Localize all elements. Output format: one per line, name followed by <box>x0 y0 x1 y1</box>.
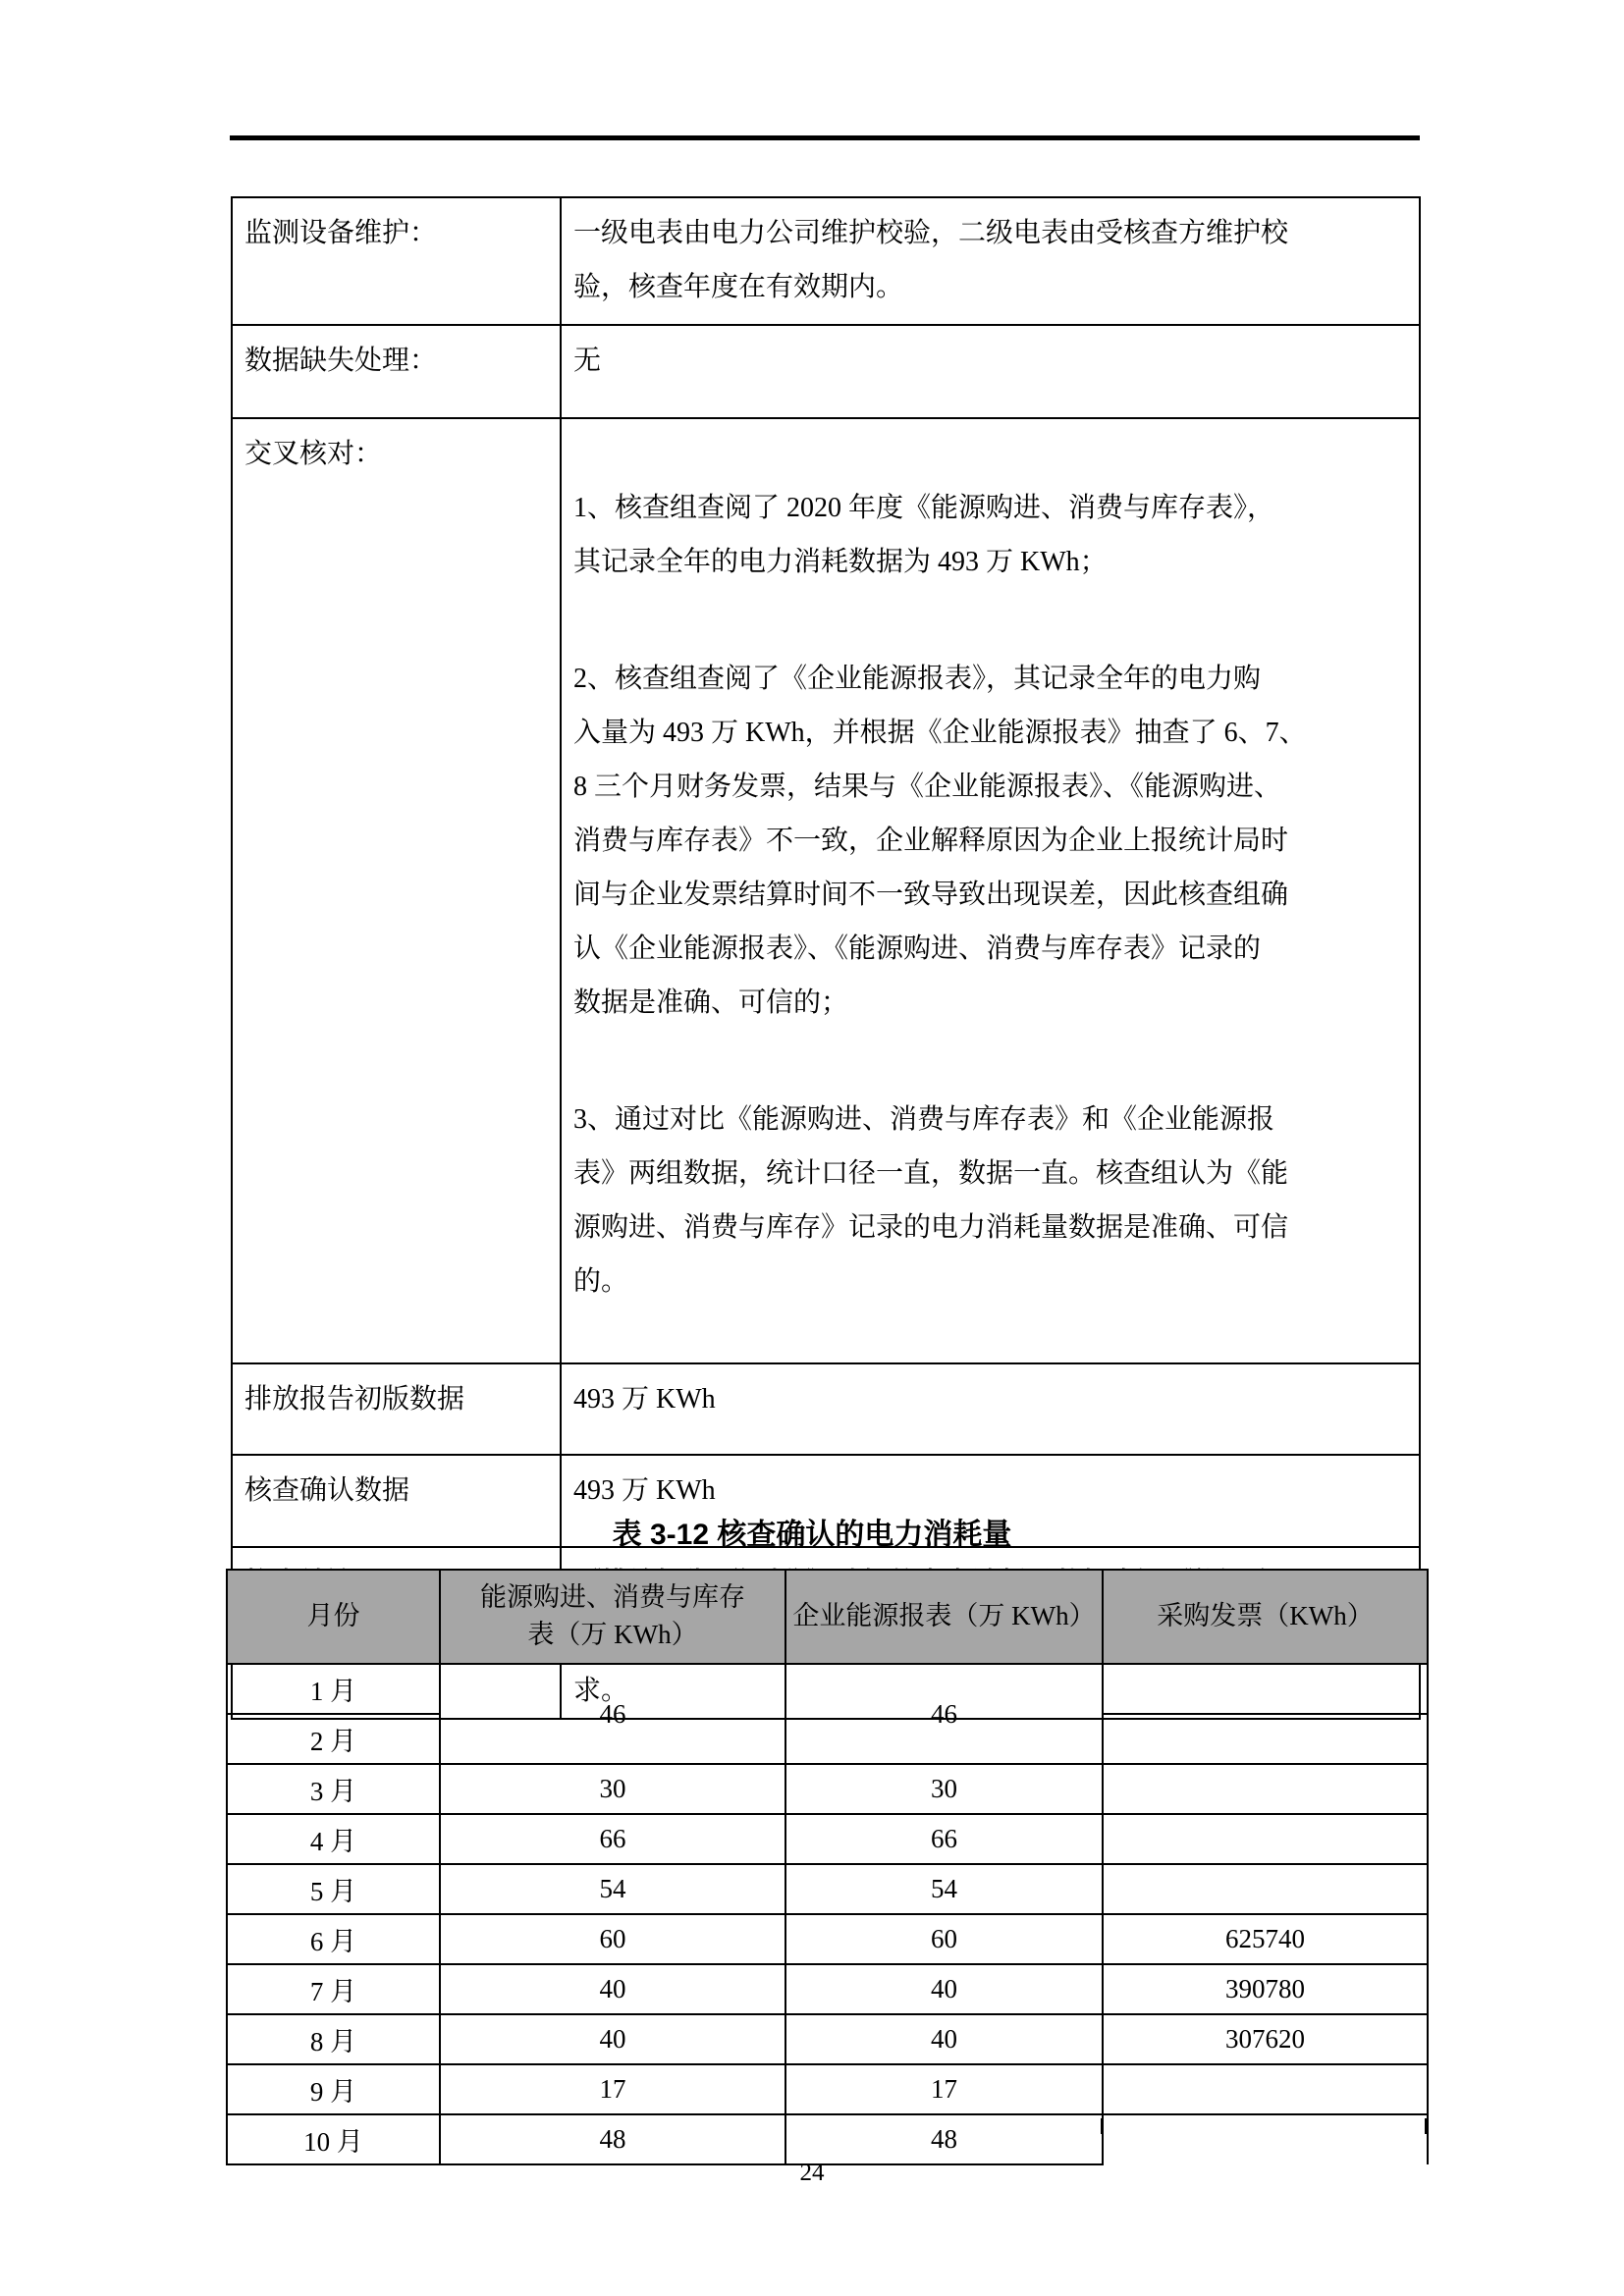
table-row: 6 月 60 60 625740 <box>227 1914 1428 1964</box>
value-cell: 30 <box>440 1764 785 1814</box>
value-cell: 46 <box>785 1664 1103 1764</box>
invoice-cell <box>1103 1764 1428 1814</box>
invoice-cell <box>1103 1714 1428 1764</box>
row-label: 数据缺失处理： <box>232 325 561 418</box>
table-row: 排放报告初版数据 493 万 KWh <box>232 1363 1420 1455</box>
month-cell: 3 月 <box>227 1764 440 1814</box>
column-header-month: 月份 <box>227 1570 440 1664</box>
table-continuation-border <box>1425 2118 1427 2134</box>
value-cell: 48 <box>785 2114 1103 2164</box>
value-cell: 40 <box>785 1964 1103 2014</box>
document-page: 监测设备维护： 一级电表由电力公司维护校验，二级电表由受核查方维护校 验，核查年… <box>0 0 1624 2296</box>
value-cell: 17 <box>785 2064 1103 2114</box>
value-cell: 40 <box>785 2014 1103 2064</box>
column-header-energy-report: 企业能源报表（万 KWh） <box>785 1570 1103 1664</box>
invoice-cell <box>1103 1664 1428 1714</box>
value-cell: 46 <box>440 1664 785 1764</box>
verification-table: 监测设备维护： 一级电表由电力公司维护校验，二级电表由受核查方维护校 验，核查年… <box>231 196 1421 1720</box>
value-cell: 66 <box>440 1814 785 1864</box>
value-cell: 40 <box>440 1964 785 2014</box>
invoice-cell <box>1103 2064 1428 2114</box>
row-label: 监测设备维护： <box>232 197 561 325</box>
row-value: 493 万 KWh <box>561 1363 1420 1455</box>
table-row: 8 月 40 40 307620 <box>227 2014 1428 2064</box>
value-cell: 40 <box>440 2014 785 2064</box>
month-cell: 10 月 <box>227 2114 440 2164</box>
cross-check-paragraph: 2、核查组查阅了《企业能源报表》，其记录全年的电力购 入量为 493 万 KWh… <box>573 652 1409 1030</box>
value-cell: 60 <box>440 1914 785 1964</box>
value-cell: 66 <box>785 1814 1103 1864</box>
table-row: 4 月 66 66 <box>227 1814 1428 1864</box>
month-cell: 1 月 <box>227 1664 440 1714</box>
value-cell: 60 <box>785 1914 1103 1964</box>
column-header-invoice: 采购发票（KWh） <box>1103 1570 1428 1664</box>
row-value: 1、核查组查阅了 2020 年度《能源购进、消费与库存表》， 其记录全年的电力消… <box>561 418 1420 1363</box>
table-row: 监测设备维护： 一级电表由电力公司维护校验，二级电表由受核查方维护校 验，核查年… <box>232 197 1420 325</box>
value-cell: 30 <box>785 1764 1103 1814</box>
data-table-title: 表 3-12 核查确认的电力消耗量 <box>0 1510 1624 1553</box>
page-number: 24 <box>0 2160 1624 2187</box>
invoice-cell: 625740 <box>1103 1914 1428 1964</box>
table-row: 数据缺失处理： 无 <box>232 325 1420 418</box>
month-cell: 6 月 <box>227 1914 440 1964</box>
invoice-cell <box>1103 2114 1428 2164</box>
month-cell: 7 月 <box>227 1964 440 2014</box>
month-cell: 4 月 <box>227 1814 440 1864</box>
month-cell: 2 月 <box>227 1714 440 1764</box>
invoice-cell: 390780 <box>1103 1964 1428 2014</box>
table-row: 10 月 48 48 <box>227 2114 1428 2164</box>
month-cell: 5 月 <box>227 1864 440 1914</box>
table-continuation-border <box>1101 2118 1103 2134</box>
column-header-purchase-table: 能源购进、消费与库存 表（万 KWh） <box>440 1570 785 1664</box>
table-row: 7 月 40 40 390780 <box>227 1964 1428 2014</box>
value-cell: 54 <box>440 1864 785 1914</box>
value-cell: 54 <box>785 1864 1103 1914</box>
row-value: 一级电表由电力公司维护校验，二级电表由受核查方维护校 验，核查年度在有效期内。 <box>561 197 1420 325</box>
table-row: 9 月 17 17 <box>227 2064 1428 2114</box>
page-header-rule <box>230 135 1420 140</box>
value-cell: 48 <box>440 2114 785 2164</box>
value-cell: 17 <box>440 2064 785 2114</box>
row-label: 排放报告初版数据 <box>232 1363 561 1455</box>
row-label: 交叉核对： <box>232 418 561 1363</box>
invoice-cell <box>1103 1864 1428 1914</box>
table-row: 1 月 46 46 <box>227 1664 1428 1714</box>
table-row: 交叉核对： 1、核查组查阅了 2020 年度《能源购进、消费与库存表》， 其记录… <box>232 418 1420 1363</box>
cross-check-paragraph: 1、核查组查阅了 2020 年度《能源购进、消费与库存表》， 其记录全年的电力消… <box>573 481 1409 589</box>
table-row: 3 月 30 30 <box>227 1764 1428 1814</box>
month-cell: 8 月 <box>227 2014 440 2064</box>
consumption-table: 月份 能源购进、消费与库存 表（万 KWh） 企业能源报表（万 KWh） 采购发… <box>226 1569 1429 2165</box>
invoice-cell: 307620 <box>1103 2014 1428 2064</box>
invoice-cell <box>1103 1814 1428 1864</box>
table-row: 5 月 54 54 <box>227 1864 1428 1914</box>
table-header-row: 月份 能源购进、消费与库存 表（万 KWh） 企业能源报表（万 KWh） 采购发… <box>227 1570 1428 1664</box>
cross-check-paragraph: 3、通过对比《能源购进、消费与库存表》和《企业能源报 表》两组数据，统计口径一直… <box>573 1093 1409 1308</box>
month-cell: 9 月 <box>227 2064 440 2114</box>
row-value: 无 <box>561 325 1420 418</box>
